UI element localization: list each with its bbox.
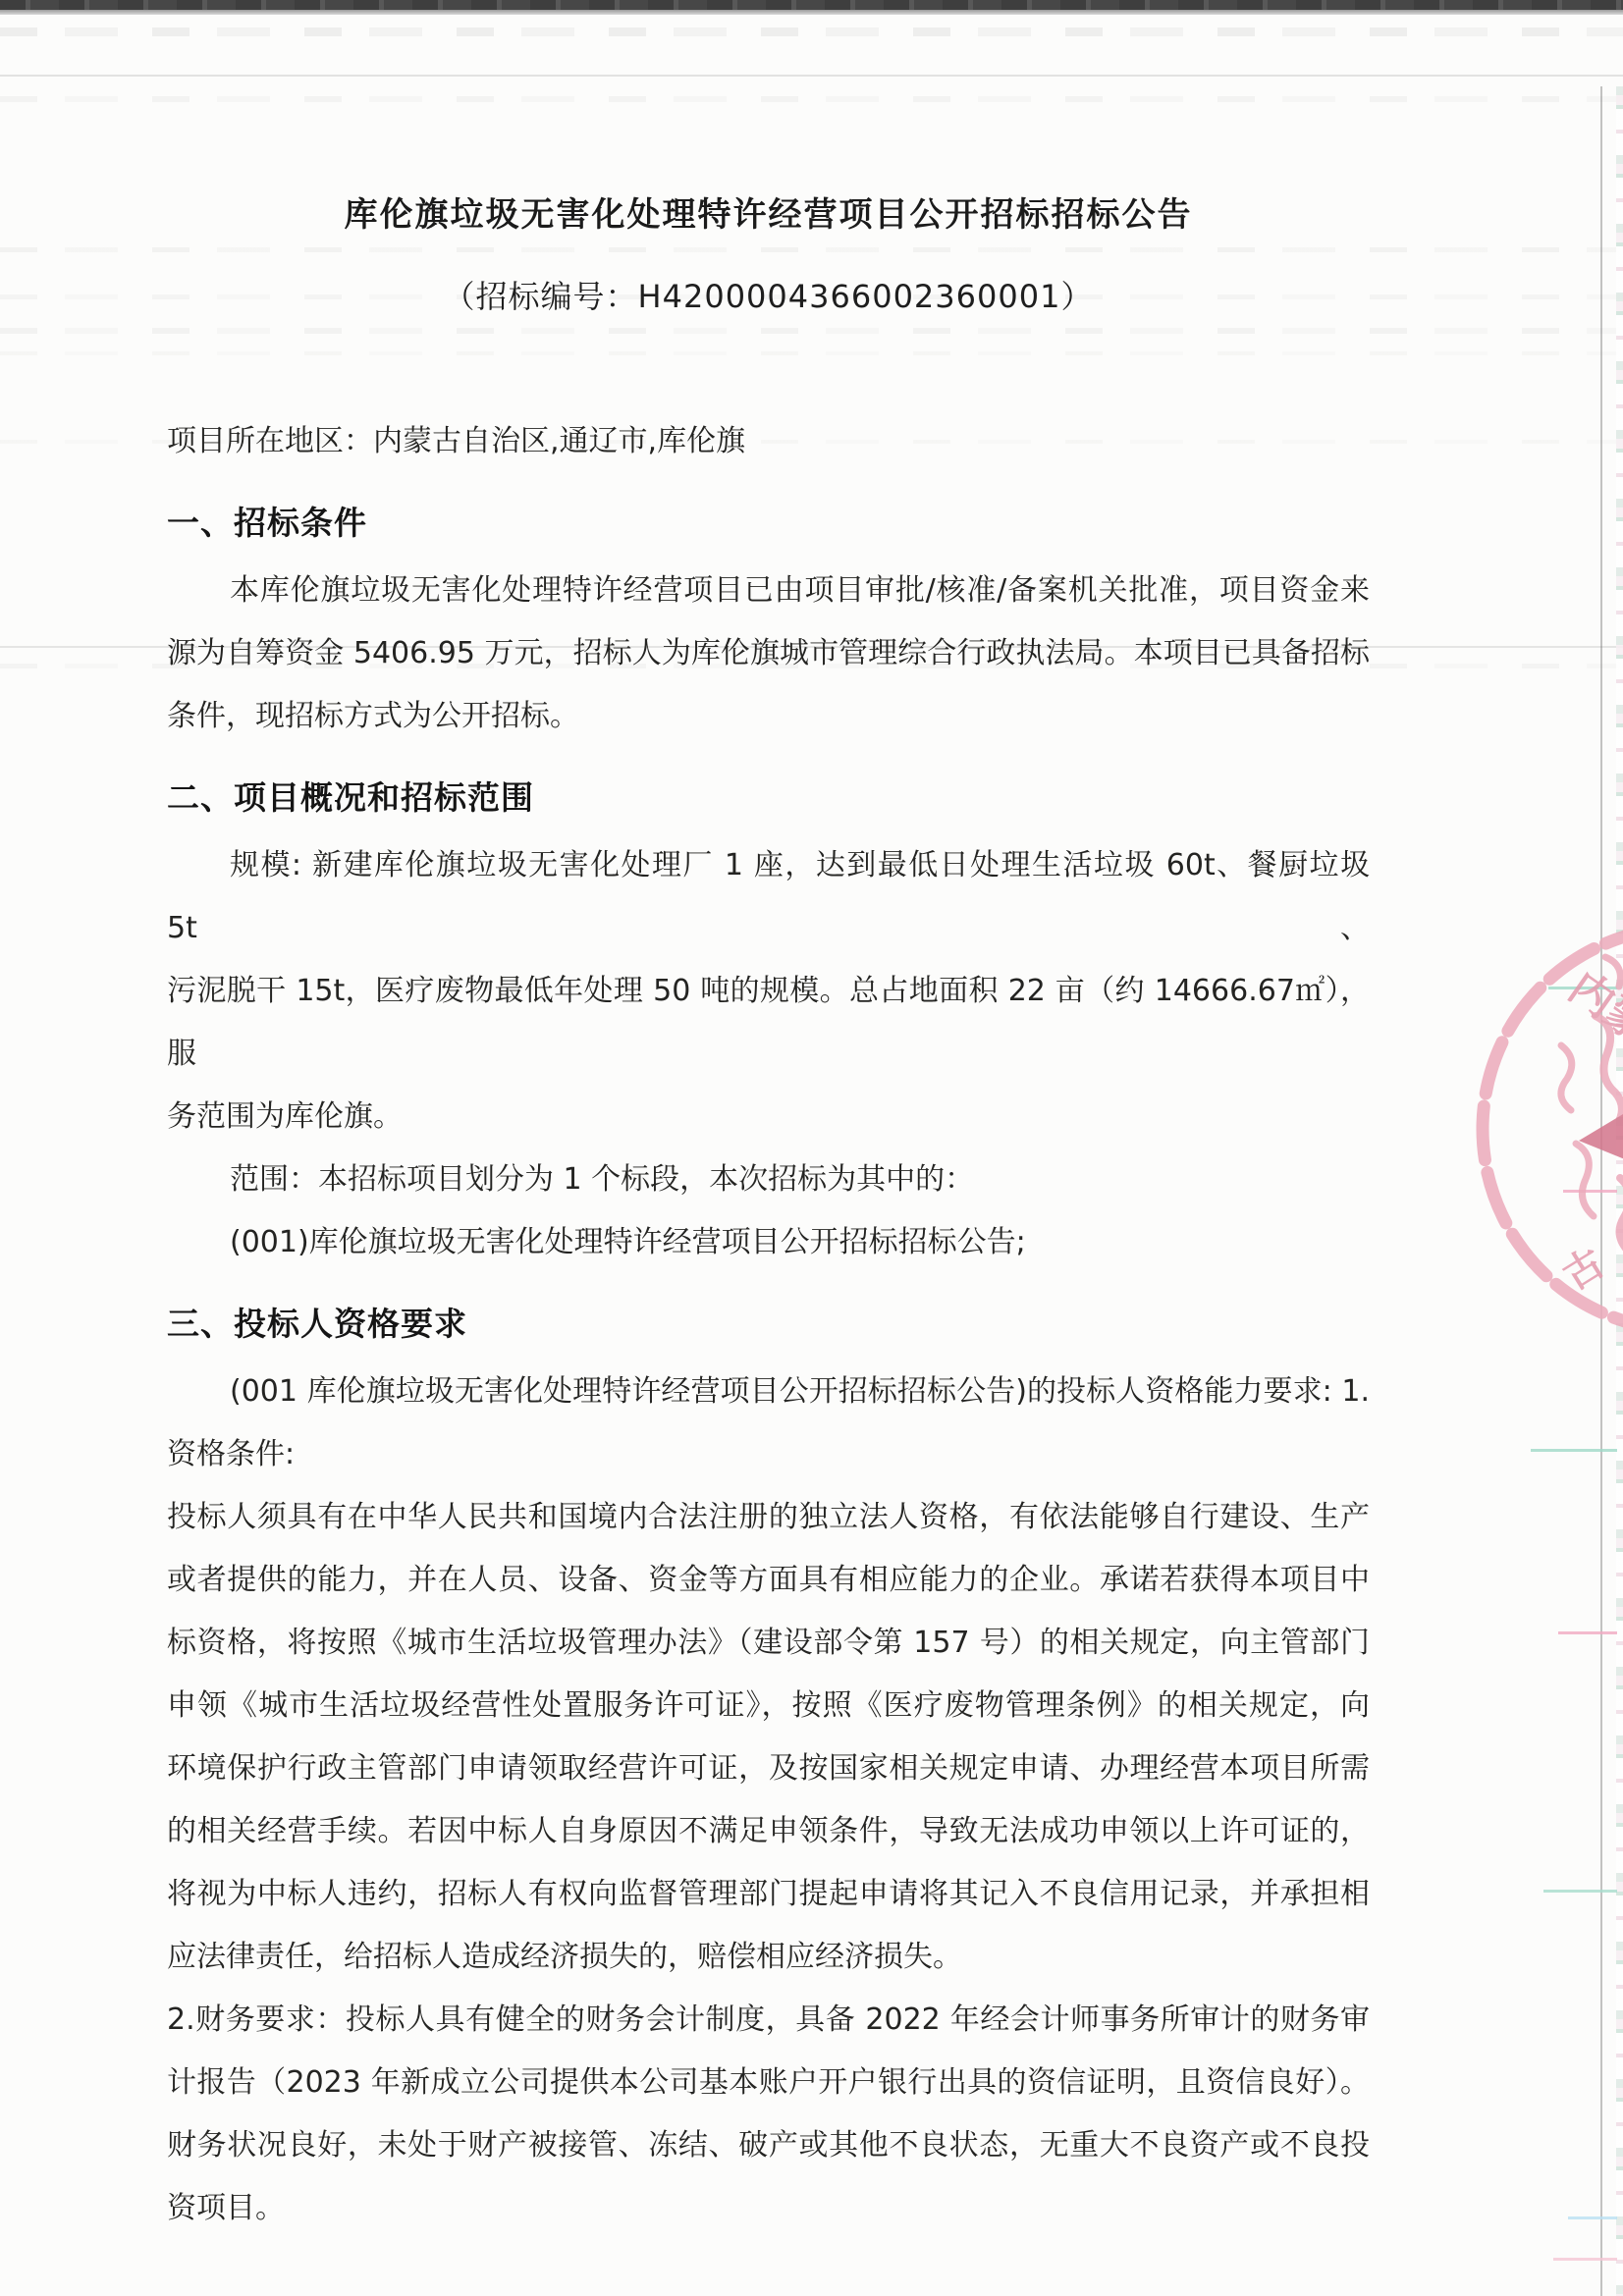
document-line: 投标人须具有在中华人民共和国境内合法注册的独立法人资格，有依法能够自行建设、生产 [167, 1486, 1370, 1549]
document-line: 申领《城市生活垃圾经营性处置服务许可证》，按照《医疗废物管理条例》的相关规定，向 [167, 1675, 1370, 1737]
scan-artifact-tick [1548, 987, 1617, 989]
document-sections: 一、招标条件本库伦旗垃圾无害化处理特许经营项目已由项目审批/核准/备案机关批准，… [167, 495, 1370, 2240]
scan-artifact-edge-strip [1616, 86, 1623, 2296]
seal-text-fragment: 古 [1555, 1240, 1612, 1299]
section-heading: 三、投标人资格要求 [167, 1296, 1370, 1353]
document-line: 应法律责任，给招标人造成经济损失的，赔偿相应经济损失。 [167, 1926, 1370, 1989]
document-line: 将视为中标人违约，招标人有权向监督管理部门提起申请将其记入不良信用记录，并承担相 [167, 1863, 1370, 1926]
document-line: 或者提供的能力，并在人员、设备、资金等方面具有相应能力的企业。承诺若获得本项目中 [167, 1549, 1370, 1612]
scan-artifact-tick [1563, 1190, 1617, 1193]
scan-artifact-tick [1558, 1631, 1617, 1634]
document-content: 库伦旗垃圾无害化处理特许经营项目公开招标招标公告 （招标编号：H42000043… [167, 0, 1370, 2240]
document-line: 条件，现招标方式为公开招标。 [167, 685, 1370, 748]
scan-artifact-tick [1531, 1449, 1617, 1452]
document-subtitle: （招标编号：H4200004366002360001） [167, 275, 1370, 318]
seal-text-fragment: 内蒙 [1560, 962, 1623, 1052]
document-line: 本库伦旗垃圾无害化处理特许经营项目已由项目审批/核准/备案机关批准，项目资金来 [167, 560, 1370, 622]
project-location-line: 项目所在地区：内蒙古自治区,通辽市,库伦旗 [167, 410, 1370, 473]
scan-artifact-tick [1553, 2258, 1617, 2261]
document-line: (001 库伦旗垃圾无害化处理特许经营项目公开招标招标公告)的投标人资格能力要求… [167, 1361, 1370, 1423]
section-heading: 一、招标条件 [167, 495, 1370, 552]
document-title: 库伦旗垃圾无害化处理特许经营项目公开招标招标公告 [167, 192, 1370, 238]
scan-artifact-tick [1543, 1890, 1617, 1893]
document-line: 规模: 新建库伦旗垃圾无害化处理厂 1 座，达到最低日处理生活垃圾 60t、餐厨… [167, 834, 1370, 960]
document-line: 务范围为库伦旗。 [167, 1086, 1370, 1148]
document-line: 计报告（2023 年新成立公司提供本公司基本账户开户银行出具的资信证明，且资信良… [167, 2052, 1370, 2114]
document-line: 标资格，将按照《城市生活垃圾管理办法》（建设部令第 157 号）的相关规定，向主… [167, 1612, 1370, 1675]
document-line: 2.财务要求：投标人具有健全的财务会计制度，具备 2022 年经会计师事务所审计… [167, 1989, 1370, 2052]
document-line: 环境保护行政主管部门申请领取经营许可证，及按国家相关规定申请、办理经营本项目所需 [167, 1737, 1370, 1800]
document-line: 源为自筹资金 5406.95 万元，招标人为库伦旗城市管理综合行政执法局。本项目… [167, 622, 1370, 685]
document-line: 资格条件: [167, 1423, 1370, 1486]
scanned-document-page: 内蒙 古 库伦旗垃圾无害化处理特许经营项目公开招标招标公告 （招标编号：H420… [0, 0, 1623, 2296]
scan-artifact-tick [1568, 2216, 1617, 2219]
official-seal-stamp: 内蒙 古 [1448, 898, 1623, 1369]
document-line: 范围：本招标项目划分为 1 个标段，本次招标为其中的： [167, 1148, 1370, 1211]
document-line: 污泥脱干 15t，医疗废物最低年处理 50 吨的规模。总占地面积 22 亩（约 … [167, 960, 1370, 1086]
document-line: 的相关经营手续。若因中标人自身原因不满足申领条件，导致无法成功申领以上许可证的， [167, 1800, 1370, 1863]
section-heading: 二、项目概况和招标范围 [167, 770, 1370, 827]
document-line: (001)库伦旗垃圾无害化处理特许经营项目公开招标招标公告; [167, 1211, 1370, 1274]
document-line: 资项目。 [167, 2177, 1370, 2240]
document-line: 财务状况良好，未处于财产被接管、冻结、破产或其他不良状态，无重大不良资产或不良投 [167, 2114, 1370, 2177]
